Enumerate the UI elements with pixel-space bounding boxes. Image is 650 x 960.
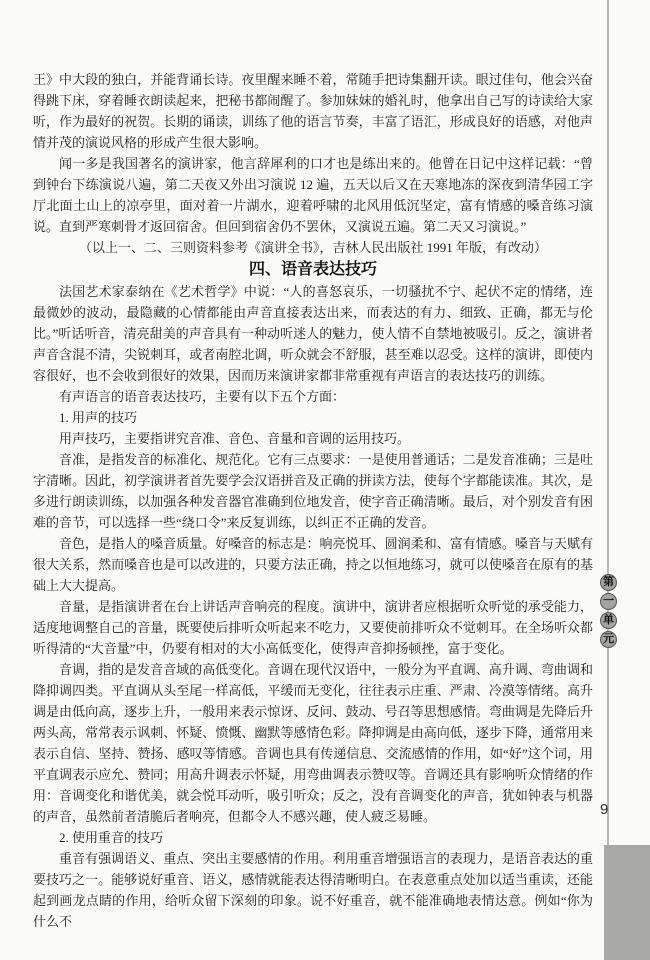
body-text: 王》中大段的独白，并能背诵长诗。夜里醒来睡不着，常随手把诗集翻开读。眼过佳句，他… <box>33 69 593 932</box>
paragraph: 音量，是指演讲者在台上讲话声音响亮的程度。演讲中，演讲者应根据听众听觉的承受能力… <box>33 596 593 659</box>
page-edge-shading <box>604 845 650 960</box>
paragraph: 王》中大段的独白，并能背诵长诗。夜里醒来睡不着，常随手把诗集翻开读。眼过佳句，他… <box>33 69 593 153</box>
unit-label: 第一单元 <box>600 574 617 648</box>
section-heading: 四、语音表达技巧 <box>33 258 593 281</box>
paragraph: 重音有强调语义、重点、突出主要感情的作用。利用重音增强语言的表现力，是语音表达的… <box>33 848 593 932</box>
page-number: 9 <box>600 801 608 818</box>
unit-char-badge: 单 <box>600 612 617 629</box>
unit-char-badge: 一 <box>600 593 617 610</box>
sub-heading: 2. 使用重音的技巧 <box>33 827 593 848</box>
sub-heading: 1. 用声的技巧 <box>33 407 593 428</box>
paragraph: 音准，是指发音的标准化、规范化。它有三点要求：一是使用普通话；二是发音准确；三是… <box>33 449 593 533</box>
book-page: 王》中大段的独白，并能背诵长诗。夜里醒来睡不着，常随手把诗集翻开读。眼过佳句，他… <box>0 0 650 960</box>
unit-char-badge: 第 <box>600 574 617 591</box>
paragraph: 音调，指的是发音音域的高低变化。音调在现代汉语中，一般分为平直调、高升调、弯曲调… <box>33 659 593 827</box>
paragraph: 用声技巧，主要指讲究音准、音色、音量和音调的运用技巧。 <box>33 428 593 449</box>
paragraph: 闻一多是我国著名的演讲家，他言辞犀利的口才也是练出来的。他曾在日记中这样记载：“… <box>33 153 593 237</box>
unit-char-badge: 元 <box>600 631 617 648</box>
paragraph: 有声语言的语音表达技巧，主要有以下五个方面： <box>33 386 593 407</box>
source-attribution: （以上一、二、三则资料参考《演讲全书》，吉林人民出版社 1991 年版，有改动） <box>33 237 593 258</box>
paragraph: 法国艺术家泰纳在《艺术哲学》中说：“人的喜怒哀乐，一切骚扰不宁、起伏不定的情绪，… <box>33 281 593 386</box>
paragraph: 音色，是指人的嗓音质量。好嗓音的标志是：响亮悦耳、圆润柔和、富有情感。嗓音与天赋… <box>33 533 593 596</box>
